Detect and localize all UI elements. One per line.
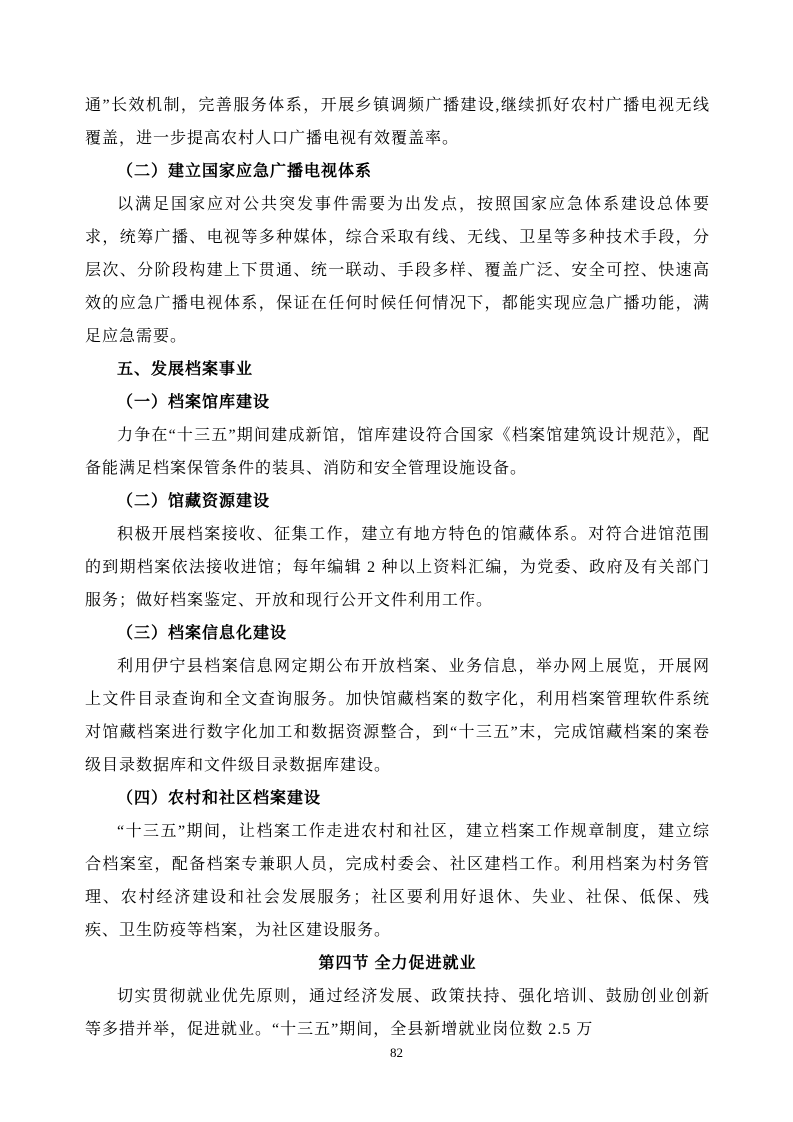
document-page: 通”长效机制，完善服务体系，开展乡镇调频广播建设,继续抓好农村广播电视无线覆盖，… (0, 0, 793, 1122)
paragraph-archive-informatization-body: 利用伊宁县档案信息网定期公布开放档案、业务信息，举办网上展览，开展网上文件目录查… (85, 650, 710, 782)
section-title-promote-employment: 第四节 全力促进就业 (85, 947, 710, 980)
heading-archive-informatization: （三）档案信息化建设 (85, 617, 710, 650)
paragraph-rural-community-archives-body: “十三五”期间，让档案工作走进农村和社区，建立档案工作规章制度，建立综合档案室，… (85, 815, 710, 947)
heading-archives-development: 五、发展档案事业 (85, 353, 710, 386)
paragraph-archive-building-body: 力争在“十三五”期间建成新馆，馆库建设符合国家《档案馆建筑设计规范》，配备能满足… (85, 419, 710, 485)
paragraph-promote-employment-body: 切实贯彻就业优先原则，通过经济发展、政策扶持、强化培训、鼓励创业创新等多措并举，… (85, 980, 710, 1046)
document-content: 通”长效机制，完善服务体系，开展乡镇调频广播建设,继续抓好农村广播电视无线覆盖，… (85, 89, 710, 1046)
heading-rural-community-archives: （四）农村和社区档案建设 (85, 782, 710, 815)
heading-collection-resources: （二）馆藏资源建设 (85, 485, 710, 518)
paragraph-continuation-broadcast-coverage: 通”长效机制，完善服务体系，开展乡镇调频广播建设,继续抓好农村广播电视无线覆盖，… (85, 89, 710, 155)
page-number: 82 (0, 1044, 793, 1062)
paragraph-collection-resources-body: 积极开展档案接收、征集工作，建立有地方特色的馆藏体系。对符合进馆范围的到期档案依… (85, 518, 710, 617)
heading-emergency-broadcast-system: （二）建立国家应急广播电视体系 (85, 155, 710, 188)
heading-archive-building-construction: （一）档案馆库建设 (85, 386, 710, 419)
paragraph-emergency-broadcast-body: 以满足国家应对公共突发事件需要为出发点，按照国家应急体系建设总体要求，统筹广播、… (85, 188, 710, 353)
